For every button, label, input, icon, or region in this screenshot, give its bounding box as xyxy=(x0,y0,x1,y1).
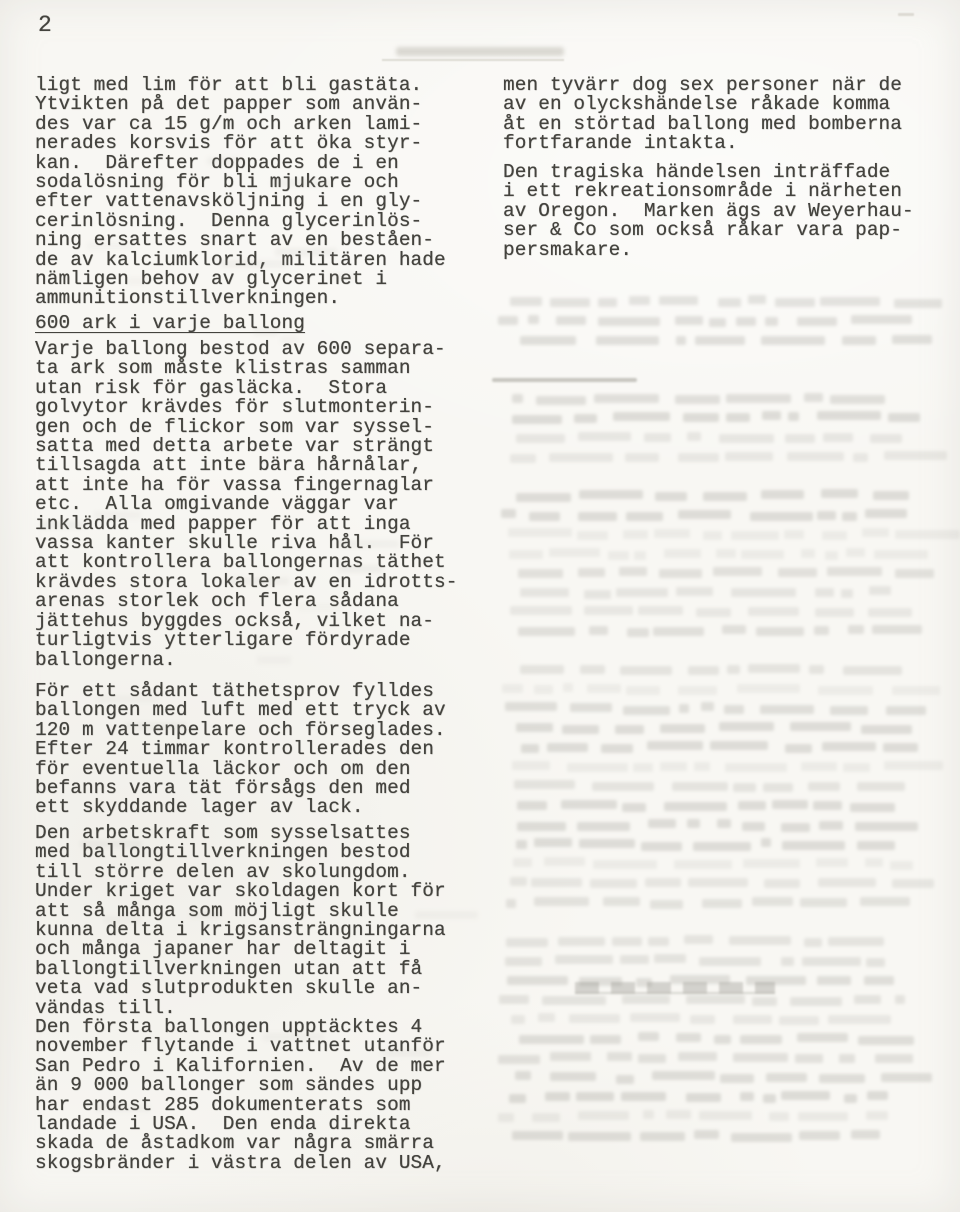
bleedthrough-word xyxy=(828,1015,891,1024)
bleedthrough-word xyxy=(511,1015,526,1024)
bleedthrough-word xyxy=(598,298,617,307)
bleedthrough-word xyxy=(509,550,542,559)
bleedthrough-word xyxy=(696,608,731,617)
bleedthrough-row xyxy=(497,685,942,699)
bleedthrough-word xyxy=(819,821,843,830)
bleedthrough-word xyxy=(848,625,863,634)
bleedthrough-speck xyxy=(253,328,278,336)
bleedthrough-word xyxy=(608,551,629,560)
bleedthrough-word xyxy=(498,316,518,325)
bleedthrough-word xyxy=(781,957,794,966)
bleedthrough-word xyxy=(779,1016,819,1025)
bleedthrough-word xyxy=(694,762,710,771)
bleedthrough-word xyxy=(520,588,569,597)
bleedthrough-word xyxy=(512,394,523,403)
bleedthrough-speck xyxy=(381,1049,430,1057)
bleedthrough-word xyxy=(549,548,600,557)
bleedthrough-word xyxy=(549,453,613,462)
bleedthrough-word xyxy=(800,898,847,907)
bleedthrough-word xyxy=(517,801,547,810)
bleedthrough-word xyxy=(865,509,907,518)
bleedthrough-word xyxy=(578,512,617,521)
bleedthrough-word xyxy=(781,1091,830,1100)
bleedthrough-word xyxy=(653,627,704,636)
bleedthrough-word xyxy=(817,411,881,420)
bleedthrough-word xyxy=(895,569,935,578)
bleedthrough-word xyxy=(830,395,885,404)
bleedthrough-word xyxy=(819,1074,865,1083)
bleedthrough-speck xyxy=(127,277,146,285)
bleedthrough-row xyxy=(497,510,942,524)
bleedthrough-word xyxy=(860,897,910,906)
bleedthrough-row xyxy=(497,607,942,621)
bleedthrough-word xyxy=(713,567,762,576)
bleedthrough-word xyxy=(623,706,669,715)
bleedthrough-word xyxy=(761,490,804,499)
bleedthrough-word xyxy=(647,741,703,750)
page-number: 2 xyxy=(38,12,52,38)
bleedthrough-word xyxy=(785,434,815,443)
bleedthrough-row xyxy=(497,724,942,738)
bleedthrough-word xyxy=(510,454,536,463)
bleedthrough-word xyxy=(726,394,791,403)
bleedthrough-word xyxy=(866,1111,888,1120)
bleedthrough-word xyxy=(709,318,726,327)
bleedthrough-word xyxy=(769,1112,790,1121)
bleedthrough-speck xyxy=(103,916,141,924)
bleedthrough-word xyxy=(613,412,670,421)
bleedthrough-word xyxy=(506,899,516,908)
bleedthrough-word xyxy=(731,588,796,597)
bleedthrough-word xyxy=(790,722,850,731)
bleedthrough-word xyxy=(699,1111,752,1120)
bleedthrough-row xyxy=(497,937,942,951)
bleedthrough-row xyxy=(497,336,942,350)
bleedthrough-word xyxy=(615,725,644,734)
bleedthrough-word xyxy=(676,336,686,345)
bleedthrough-row xyxy=(497,1092,942,1106)
bleedthrough-row xyxy=(497,394,942,408)
bleedthrough-word xyxy=(869,586,891,595)
bleedthrough-word xyxy=(798,1112,848,1121)
bleedthrough-word xyxy=(870,434,902,443)
bleedthrough-word xyxy=(580,665,605,674)
bleedthrough-word xyxy=(740,1092,755,1101)
bleedthrough-word xyxy=(502,684,523,693)
bleedthrough-word xyxy=(746,976,806,985)
bleedthrough-word xyxy=(590,1035,621,1044)
bleedthrough-row xyxy=(497,898,942,912)
bleedthrough-word xyxy=(731,1133,791,1142)
bleedthrough-word xyxy=(644,433,670,442)
bleedthrough-word xyxy=(797,317,837,326)
bleedthrough-word xyxy=(842,336,876,345)
bleedthrough-smudge-line xyxy=(382,59,564,61)
bleedthrough-row xyxy=(497,413,942,427)
bleedthrough-speck xyxy=(337,540,398,548)
bleedthrough-word xyxy=(521,744,539,753)
bleedthrough-word xyxy=(701,702,713,711)
bleedthrough-word xyxy=(674,860,732,869)
bleedthrough-word xyxy=(578,432,632,441)
bleedthrough-word xyxy=(895,530,959,539)
bleedthrough-word xyxy=(866,958,885,967)
bleedthrough-word xyxy=(772,800,808,809)
bleedthrough-speck xyxy=(415,911,478,919)
bleedthrough-word xyxy=(719,434,775,443)
bleedthrough-word xyxy=(839,1054,856,1063)
bleedthrough-row xyxy=(497,704,942,718)
right-paragraph-2: Den tragiska händelsen inträffade i ett … xyxy=(503,163,953,260)
bleedthrough-word xyxy=(855,822,917,831)
bleedthrough-word xyxy=(702,899,742,908)
bleedthrough-word xyxy=(547,743,588,752)
bleedthrough-word xyxy=(763,1094,776,1103)
bleedthrough-word xyxy=(822,742,877,751)
bleedthrough-word xyxy=(622,803,646,812)
corner-mark xyxy=(898,13,914,16)
bleedthrough-word xyxy=(569,1014,620,1023)
bleedthrough-word xyxy=(555,955,614,964)
bleedthrough-word xyxy=(659,569,702,578)
bleedthrough-word xyxy=(688,878,748,887)
bleedthrough-word xyxy=(584,590,611,599)
bleedthrough-word xyxy=(816,858,848,867)
bleedthrough-word xyxy=(652,1071,714,1080)
bleedthrough-word xyxy=(699,957,761,966)
bleedthrough-word xyxy=(594,394,658,403)
bleedthrough-word xyxy=(729,936,791,945)
bleedthrough-row xyxy=(497,1131,942,1145)
bleedthrough-word xyxy=(818,686,873,695)
bleedthrough-word xyxy=(872,625,922,634)
bleedthrough-word xyxy=(562,725,599,734)
bleedthrough-word xyxy=(570,703,612,712)
bleedthrough-word xyxy=(542,996,606,1005)
bleedthrough-word xyxy=(593,860,657,869)
bleedthrough-word xyxy=(512,415,563,424)
bleedthrough-word xyxy=(804,938,822,947)
bleedthrough-word xyxy=(801,549,815,558)
bleedthrough-word xyxy=(577,822,630,831)
bleedthrough-word xyxy=(823,433,853,442)
bleedthrough-word xyxy=(821,489,858,498)
bleedthrough-word xyxy=(550,1052,592,1061)
bleedthrough-word xyxy=(516,840,527,849)
bleedthrough-word xyxy=(676,587,713,596)
bleedthrough-word xyxy=(678,453,718,462)
document-page: 2 ligt med lim för att bli gastäta. Ytvi… xyxy=(0,0,960,1212)
bleedthrough-word xyxy=(695,336,745,345)
bleedthrough-word xyxy=(556,316,586,325)
bleedthrough-word xyxy=(629,296,650,305)
bleedthrough-speck xyxy=(207,157,240,165)
bleedthrough-word xyxy=(574,414,597,423)
bleedthrough-word xyxy=(850,803,895,812)
bleedthrough-word xyxy=(654,529,691,538)
bleedthrough-word xyxy=(886,706,925,715)
bleedthrough-speck xyxy=(141,182,165,190)
bleedthrough-word xyxy=(498,1055,540,1064)
bleedthrough-row xyxy=(497,743,942,757)
bleedthrough-word xyxy=(686,1093,721,1102)
bleedthrough-word xyxy=(752,897,793,906)
bleedthrough-row xyxy=(497,433,942,447)
bleedthrough-word xyxy=(784,530,804,539)
bleedthrough-word xyxy=(498,1113,515,1122)
bleedthrough-word xyxy=(596,336,659,345)
bleedthrough-speck xyxy=(96,695,157,703)
bleedthrough-word xyxy=(895,995,905,1004)
bleedthrough-row xyxy=(497,549,942,563)
bleedthrough-word xyxy=(676,1033,701,1042)
bleedthrough-row xyxy=(497,1073,942,1087)
bleedthrough-word xyxy=(756,627,805,636)
bleedthrough-word xyxy=(648,819,677,828)
bleedthrough-word xyxy=(797,1033,847,1042)
bleedthrough-word xyxy=(775,298,815,307)
bleedthrough-row xyxy=(497,782,942,796)
bleedthrough-word xyxy=(514,780,575,789)
bleedthrough-word xyxy=(518,627,575,636)
bleedthrough-word xyxy=(743,859,800,868)
bleedthrough-word xyxy=(619,567,647,576)
bleedthrough-word xyxy=(795,1054,823,1063)
bleedthrough-row xyxy=(497,491,942,505)
bleedthrough-word xyxy=(683,413,719,422)
bleedthrough-word xyxy=(505,702,557,711)
bleedthrough-word xyxy=(550,1072,596,1081)
bleedthrough-word xyxy=(815,588,834,597)
bleedthrough-word xyxy=(762,411,781,420)
bleedthrough-word xyxy=(687,819,700,828)
bleedthrough-word xyxy=(607,1052,631,1061)
bleedthrough-word xyxy=(579,490,643,499)
bleedthrough-row xyxy=(497,801,942,815)
bleedthrough-word xyxy=(578,568,605,577)
bleedthrough-word xyxy=(509,1094,525,1103)
bleedthrough-speck xyxy=(297,603,342,611)
bleedthrough-word xyxy=(799,1131,840,1140)
bleedthrough-word xyxy=(655,492,687,501)
bleedthrough-row xyxy=(497,530,942,544)
bleedthrough-word xyxy=(892,686,940,695)
bleedthrough-word xyxy=(641,842,682,851)
bleedthrough-word xyxy=(817,976,851,985)
bleedthrough-word xyxy=(659,296,698,305)
bleedthrough-word xyxy=(532,1113,560,1122)
left-paragraph-2: Varje ballong bestod av 600 separa- ta a… xyxy=(35,340,485,670)
bleedthrough-word xyxy=(638,606,683,615)
bleedthrough-word xyxy=(513,858,532,867)
bleedthrough-word xyxy=(761,838,771,847)
bleedthrough-word xyxy=(520,336,576,345)
bleedthrough-speck xyxy=(338,565,383,573)
bleedthrough-word xyxy=(506,938,548,947)
bleedthrough-row xyxy=(497,995,942,1009)
bleedthrough-word xyxy=(808,782,841,791)
bleedthrough-word xyxy=(620,955,650,964)
bleedthrough-word xyxy=(884,451,947,460)
bleedthrough-word xyxy=(645,878,681,887)
bleedthrough-word xyxy=(516,434,565,443)
bleedthrough-word xyxy=(857,782,905,791)
bleedthrough-word xyxy=(666,1110,691,1119)
bleedthrough-word xyxy=(660,724,705,733)
bleedthrough-word xyxy=(813,801,841,810)
bleedthrough-speck xyxy=(94,511,141,519)
bleedthrough-word xyxy=(579,977,622,986)
bleedthrough-word xyxy=(716,549,735,558)
bleedthrough-speck xyxy=(228,577,289,585)
bleedthrough-word xyxy=(725,763,787,772)
bleedthrough-word xyxy=(640,1132,685,1141)
bleedthrough-word xyxy=(858,1036,913,1045)
bleedthrough-word xyxy=(846,548,865,557)
bleedthrough-word xyxy=(864,976,893,985)
bleedthrough-word xyxy=(626,686,660,695)
bleedthrough-word xyxy=(638,1032,660,1041)
bleedthrough-word xyxy=(578,1111,628,1120)
bleedthrough-word xyxy=(804,393,823,402)
bleedthrough-word xyxy=(545,1092,570,1101)
bleedthrough-word xyxy=(720,1074,754,1083)
bleedthrough-word xyxy=(733,1053,787,1062)
left-paragraph-1: ligt med lim för att bli gastäta. Ytvikt… xyxy=(35,76,485,309)
bleedthrough-word xyxy=(788,412,799,421)
bleedthrough-word xyxy=(725,452,773,461)
bleedthrough-word xyxy=(675,316,703,325)
bleedthrough-word xyxy=(664,549,701,558)
bleedthrough-area xyxy=(497,258,947,1158)
bleedthrough-word xyxy=(528,315,539,324)
bleedthrough-word xyxy=(529,512,561,521)
bleedthrough-word xyxy=(536,396,585,405)
bleedthrough-word xyxy=(766,1073,807,1082)
bleedthrough-word xyxy=(616,1075,634,1084)
bleedthrough-word xyxy=(694,1130,720,1139)
bleedthrough-word xyxy=(761,336,825,345)
bleedthrough-word xyxy=(892,879,934,888)
bleedthrough-word xyxy=(678,1052,717,1061)
bleedthrough-word xyxy=(510,297,542,306)
bleedthrough-word xyxy=(579,839,635,848)
bleedthrough-word xyxy=(499,995,529,1004)
bleedthrough-word xyxy=(505,957,542,966)
bleedthrough-word xyxy=(842,512,857,521)
bleedthrough-word xyxy=(589,626,607,635)
bleedthrough-word xyxy=(519,1035,584,1044)
bleedthrough-word xyxy=(634,551,646,560)
bleedthrough-word xyxy=(748,295,766,304)
bleedthrough-word xyxy=(881,1073,932,1082)
bleedthrough-word xyxy=(693,842,751,851)
bleedthrough-word xyxy=(590,879,637,888)
bleedthrough-row xyxy=(497,1112,942,1126)
bleedthrough-word xyxy=(512,761,550,770)
bleedthrough-word xyxy=(670,975,730,984)
bleedthrough-word xyxy=(853,453,868,462)
bleedthrough-word xyxy=(507,976,568,985)
bleedthrough-word xyxy=(627,628,648,637)
bleedthrough-word xyxy=(738,801,766,810)
bleedthrough-row xyxy=(497,568,942,582)
bleedthrough-word xyxy=(815,608,854,617)
bleedthrough-word xyxy=(616,588,668,597)
bleedthrough-word xyxy=(727,665,740,674)
bleedthrough-word xyxy=(703,531,722,540)
bleedthrough-word xyxy=(888,413,920,422)
bleedthrough-word xyxy=(733,783,756,792)
bleedthrough-word xyxy=(534,685,552,694)
bleedthrough-word xyxy=(577,531,608,540)
bleedthrough-word xyxy=(733,1015,772,1024)
bleedthrough-word xyxy=(534,897,589,906)
bleedthrough-word xyxy=(544,857,585,866)
bleedthrough-word xyxy=(867,1091,888,1100)
bleedthrough-row xyxy=(497,840,942,854)
bleedthrough-word xyxy=(750,512,813,521)
bleedthrough-word xyxy=(781,823,810,832)
bleedthrough-word xyxy=(620,666,672,675)
bleedthrough-word xyxy=(664,802,727,811)
bleedthrough-word xyxy=(690,1015,715,1024)
bleedthrough-word xyxy=(874,550,928,559)
bleedthrough-word xyxy=(868,608,912,617)
bleedthrough-word xyxy=(672,782,728,791)
bleedthrough-word xyxy=(865,858,883,867)
bleedthrough-word xyxy=(741,550,784,559)
bleedthrough-row xyxy=(497,452,942,466)
right-paragraph-1: men tyvärr dog sex personer när de av en… xyxy=(503,76,953,154)
bleedthrough-word xyxy=(736,317,756,326)
bleedthrough-word xyxy=(598,317,660,326)
bleedthrough-row xyxy=(497,1034,942,1048)
bleedthrough-word xyxy=(601,744,633,753)
bleedthrough-word xyxy=(603,897,641,906)
bleedthrough-speck xyxy=(95,1104,150,1112)
bleedthrough-speck xyxy=(275,248,337,256)
bleedthrough-word xyxy=(654,954,685,963)
bleedthrough-word xyxy=(510,877,526,886)
bleedthrough-word xyxy=(787,452,844,461)
bleedthrough-speck xyxy=(221,260,288,268)
bleedthrough-speck xyxy=(125,722,186,730)
bleedthrough-speck xyxy=(87,242,132,250)
bleedthrough-word xyxy=(703,492,747,501)
bleedthrough-row xyxy=(497,316,942,330)
bleedthrough-word xyxy=(873,491,909,500)
bleedthrough-row xyxy=(497,976,942,990)
bleedthrough-word xyxy=(512,1131,563,1140)
bleedthrough-word xyxy=(576,1092,614,1101)
bleedthrough-word xyxy=(650,900,683,909)
bleedthrough-speck xyxy=(257,656,291,664)
bleedthrough-word xyxy=(520,665,563,674)
bleedthrough-word xyxy=(623,530,648,539)
bleedthrough-word xyxy=(765,317,777,326)
bleedthrough-word xyxy=(742,822,765,831)
bleedthrough-word xyxy=(625,453,659,462)
bleedthrough-speck xyxy=(271,179,332,187)
bleedthrough-word xyxy=(778,568,817,577)
bleedthrough-word xyxy=(643,1110,654,1119)
bleedthrough-speck xyxy=(263,1033,324,1041)
bleedthrough-word xyxy=(760,705,814,714)
bleedthrough-word xyxy=(740,1035,782,1044)
bleedthrough-word xyxy=(724,705,744,714)
bleedthrough-word xyxy=(884,761,943,770)
